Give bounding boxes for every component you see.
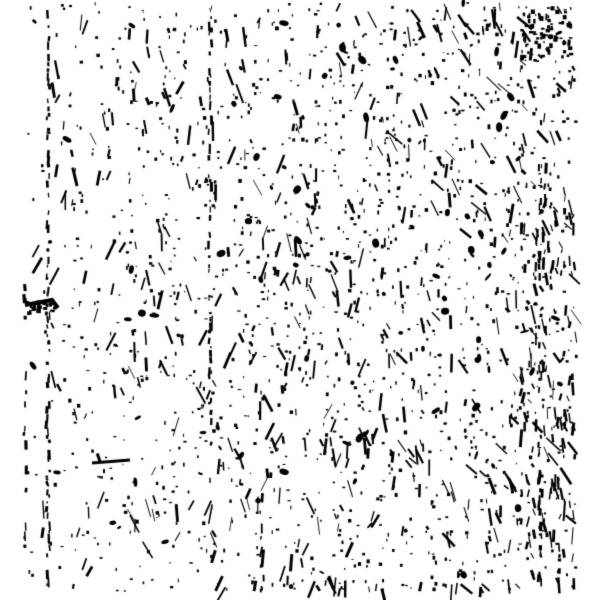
grunge-texture (0, 0, 600, 600)
